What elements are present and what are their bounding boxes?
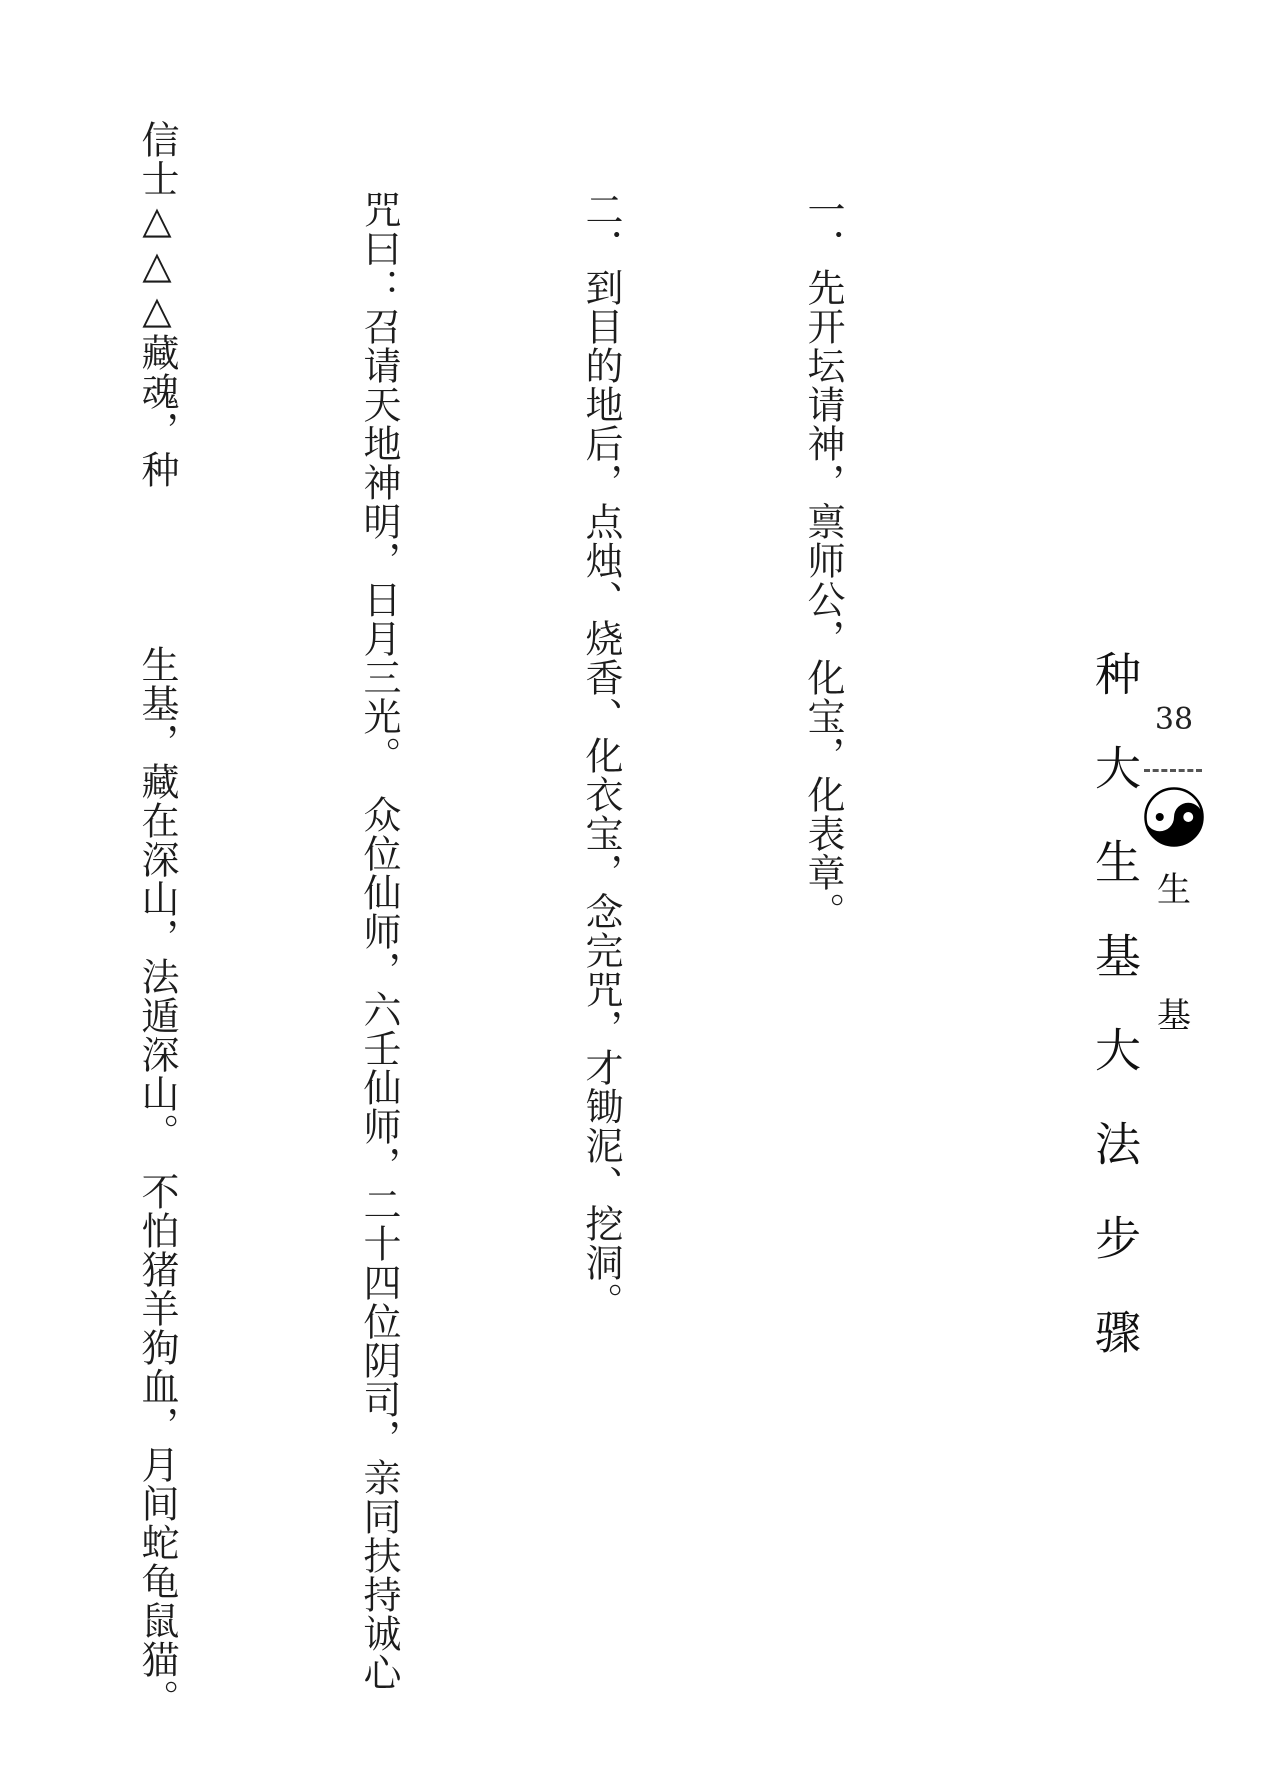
text-column-4: 信士△△△藏魂，种 生基，藏在深山，法遁深山。 不怕猪羊狗血，月间蛇龟鼠猫。: [120, 120, 194, 1789]
page-title: 种大生基大法步骤: [1082, 650, 1148, 1402]
book-page: 一．先开坛请神，禀师公，化宝，化表章。 二．到目的地后，点烛、烧香、化衣宝，念完…: [0, 0, 1267, 1789]
dashed-divider: [1144, 769, 1202, 772]
section-char-top: 生: [1143, 862, 1205, 911]
body-text: 一．先开坛请神，禀师公，化宝，化表章。 二．到目的地后，点烛、烧香、化衣宝，念完…: [0, 120, 1008, 1789]
section-char-bottom: 基: [1143, 988, 1205, 1037]
text-column-2: 二．到目的地后，点烛、烧香、化衣宝，念完咒，才锄泥、挖洞。: [564, 120, 638, 1789]
page-number: 38: [1143, 702, 1205, 737]
text-column-1: 一．先开坛请神，禀师公，化宝，化表章。: [786, 120, 860, 1789]
yin-yang-icon: [1143, 786, 1205, 848]
text-column-3: 咒曰：召请天地神明，日月三光。 众位仙师，六壬仙师，二十四位阴司，亲同扶持诚心: [342, 120, 416, 1789]
